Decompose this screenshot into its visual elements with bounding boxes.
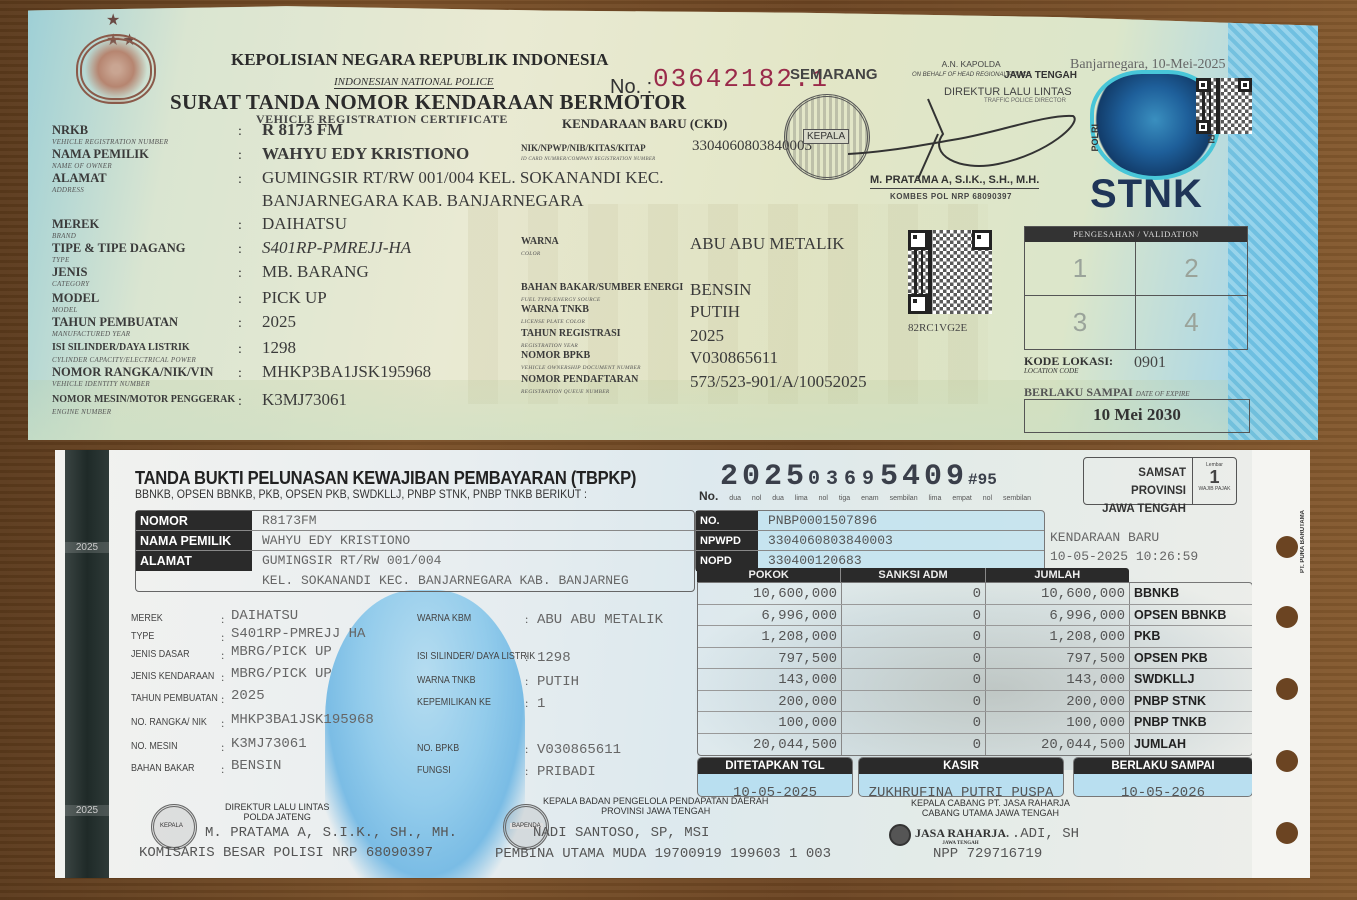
sanksi-cell: 0 (842, 583, 986, 604)
detail-label: MEREK (131, 612, 163, 624)
detail-value: MHKP3BA1JSK195968 (231, 712, 374, 728)
sanksi-cell: 0 (842, 691, 986, 712)
field-label: TAHUN REGISTRASIREGISTRATION YEAR (521, 328, 621, 352)
detail-value: MBRG/PICK UP (231, 666, 332, 682)
signatory-title: DIREKTUR LALU LINTAS POLDA JATENG (225, 802, 329, 822)
field-label: TIPE & TIPE DAGANGTYPE (52, 242, 185, 266)
vehicle-status: KENDARAAN BARU (CKD) (562, 116, 727, 132)
fee-row: 797,500 0 797,500 OPSEN PKB (698, 648, 1252, 670)
sanksi-cell: 0 (842, 712, 986, 733)
row-label: NOMOR REGISTRASI (136, 511, 252, 530)
samsat-line1: SAMSAT PROVINSI (1131, 467, 1186, 497)
police-emblem-icon (76, 34, 156, 104)
colon: : (238, 242, 242, 258)
field-label: NOMOR BPKBVEHICLE OWNERSHIP DOCUMENT NUM… (521, 350, 641, 374)
colon: : (238, 292, 242, 308)
field-value: K3MJ73061 (262, 390, 347, 410)
validation-grid: 1 2 3 4 (1025, 242, 1247, 349)
fee-row: 100,000 0 100,000 PNBP TNKB (698, 712, 1252, 734)
region-label: JAWA TENGAH (1004, 70, 1077, 81)
detail-label: WARNA TNKB (417, 674, 476, 686)
security-strip: 2025 2025 (65, 450, 109, 878)
position-label: DIREKTUR LALU LINTAS (944, 86, 1072, 98)
jumlah-cell: 6,996,000 (986, 605, 1130, 626)
detail-label: NO. MESIN (131, 740, 178, 752)
colon: : (525, 764, 528, 779)
perforation-hole (1276, 750, 1298, 772)
colon: : (238, 218, 242, 234)
jasa-raharja-label: JASA RAHARJAJAWA TENGAH (915, 826, 1006, 846)
fee-row: 1,208,000 0 1,208,000 PKB (698, 626, 1252, 648)
colon: : (221, 716, 224, 731)
field-value: BANJARNEGARA KAB. BANJARNEGARA (262, 191, 584, 211)
fee-row: 143,000 0 143,000 SWDKLLJ (698, 669, 1252, 691)
jumlah-cell: 20,044,500 (986, 734, 1130, 756)
fee-name: OPSEN BBNKB (1130, 605, 1252, 626)
field-label: MODELMODEL (52, 292, 99, 316)
row-value: PNBP0001507896 (758, 511, 1044, 530)
detail-label: TYPE (131, 630, 154, 642)
column-header: SANKSI ADM (841, 568, 985, 582)
position-label-en: TRAFFIC POLICE DIRECTOR (984, 98, 1066, 104)
location-code-value: 0901 (1134, 354, 1166, 372)
colon: : (221, 648, 224, 663)
pokok-cell: 6,996,000 (698, 605, 842, 626)
detail-value: 1 (537, 696, 545, 712)
fee-table-header: POKOK SANKSI ADM JUMLAH (697, 568, 1129, 582)
receipt-title: TANDA BUKTI PELUNASAN KEWAJIBAN PEMBAYAR… (135, 468, 636, 489)
signer-name: M. PRATAMA A, S.I.K., S.H., M.H. (870, 174, 1039, 189)
field-value: MB. BARANG (262, 262, 369, 282)
validation-box: PENGESAHAN / VALIDATION 1 2 3 4 (1024, 226, 1248, 350)
colon: : (525, 742, 528, 757)
colon: : (238, 172, 242, 188)
signature-icon (848, 94, 1078, 184)
registration-table: NOMOR REGISTRASIR8173FM NAMA PEMILIKWAHY… (135, 510, 695, 592)
jumlah-cell: 10,600,000 (986, 583, 1130, 604)
detail-value: V030865611 (537, 742, 621, 758)
jumlah-cell: 797,500 (986, 648, 1130, 669)
sanksi-cell: 0 (842, 669, 986, 690)
detail-label: JENIS KENDARAAN (131, 670, 214, 682)
validation-cell: 2 (1136, 242, 1247, 296)
detail-label: NO. RANGKA/ NIK (131, 716, 207, 728)
fee-table: 10,600,000 0 10,600,000 BBNKB 6,996,000 … (697, 582, 1253, 756)
fee-row: 200,000 0 200,000 PNBP STNK (698, 691, 1252, 713)
validation-cell: 1 (1025, 242, 1136, 296)
table-row: NO. TBPKPPNBP0001507896 (696, 511, 1044, 531)
detail-value: S401RP-PMREJJ HA (231, 626, 365, 642)
field-label: NOMOR MESIN/MOTOR PENGGERAKENGINE NUMBER (52, 394, 235, 418)
signatory-title: KEPALA CABANG PT. JASA RAHARJA CABANG UT… (911, 798, 1070, 818)
field-value: PICK UP (262, 288, 327, 308)
pokok-cell: 200,000 (698, 691, 842, 712)
perforation-hole (1276, 536, 1298, 558)
colon: : (238, 342, 242, 358)
sheet-number: Lembar1WAJIB PAJAK (1192, 458, 1236, 504)
strip-year: 2025 (65, 542, 109, 553)
jumlah-cell: 200,000 (986, 691, 1130, 712)
detail-value: K3MJ73061 (231, 736, 307, 752)
jasa-raharja-logo-icon (889, 824, 911, 846)
agency-name: KEPOLISIAN NEGARA REPUBLIK INDONESIA (231, 50, 608, 70)
serial-label: No. : (610, 76, 652, 99)
detail-label: JENIS DASAR (131, 648, 190, 660)
detail-value: PRIBADI (537, 764, 596, 780)
fee-name: SWDKLLJ (1130, 669, 1252, 690)
column-header: JUMLAH (986, 568, 1129, 582)
row-value: GUMINGSIR RT/RW 001/004 KEL. SOKANANDI K… (252, 551, 694, 591)
field-label: ISI SILINDER/DAYA LISTRIKCYLINDER CAPACI… (52, 342, 196, 366)
expiry-date: 10 Mei 2030 (1024, 399, 1250, 433)
signatory-id: KOMISARIS BESAR POLISI NRP 68090397 (139, 845, 433, 861)
row-label: NPWPD (696, 531, 758, 550)
field-label: BAHAN BAKAR/SUMBER ENERGIFUEL TYPE/ENERG… (521, 282, 683, 306)
field-label: NOMOR PENDAFTARANREGISTRATION QUEUE NUMB… (521, 374, 638, 398)
field-value: ABU ABU METALIK (690, 234, 844, 254)
security-pattern-edge (1228, 4, 1318, 440)
cashier-box: KASIRZUKHRUFINA PUTRI PUSPA (858, 757, 1064, 797)
ids-table: NO. TBPKPPNBP0001507896 NPWPD33040608038… (695, 510, 1045, 572)
field-label: JENISCATEGORY (52, 266, 89, 290)
sanksi-cell: 0 (842, 626, 986, 647)
field-value: BENSIN (690, 280, 751, 300)
colon: : (238, 316, 242, 332)
location-code-label: KODE LOKASI:LOCATION CODE (1024, 356, 1113, 376)
jumlah-cell: 1,208,000 (986, 626, 1130, 647)
samsat-line2: JAWA TENGAH (1102, 503, 1186, 515)
detail-value: MBRG/PICK UP (231, 644, 332, 660)
signatory-id: PEMBINA UTAMA MUDA 19700919 199603 1 003 (495, 846, 831, 862)
colon: : (238, 394, 242, 410)
detail-label: WARNA KBM (417, 612, 471, 624)
sanksi-cell: 0 (842, 648, 986, 669)
validation-cell: 4 (1136, 296, 1247, 350)
field-value: V030865611 (690, 348, 778, 368)
table-row: NOMOR REGISTRASIR8173FM (136, 511, 694, 531)
jumlah-cell: 100,000 (986, 712, 1130, 733)
receipt-number-words: No. dua nol dua lima nol tiga enam sembi… (699, 489, 1031, 503)
detail-label: BAHAN BAKAR (131, 762, 194, 774)
table-row: NPWPD3304060803840003 (696, 531, 1044, 551)
pokok-cell: 797,500 (698, 648, 842, 669)
field-value: MHKP3BA1JSK195968 (262, 362, 431, 382)
vehicle-status: KENDARAAN BARU (1050, 530, 1159, 545)
stamp-icon: KEPALA (151, 804, 197, 850)
timestamp: 10-05-2025 10:26:59 (1050, 549, 1198, 564)
detail-value: DAIHATSU (231, 608, 298, 624)
fee-name: OPSEN PKB (1130, 648, 1252, 669)
detail-label: ISI SILINDER/ DAYA LISTRIK (417, 650, 535, 662)
detail-label: FUNGSI (417, 764, 451, 776)
agency-name-en: INDONESIAN NATIONAL POLICE (334, 76, 494, 89)
strip-year: 2025 (65, 805, 109, 816)
detail-value: 2025 (231, 688, 265, 704)
colon: : (238, 366, 242, 382)
table-row: ALAMATGUMINGSIR RT/RW 001/004 KEL. SOKAN… (136, 551, 694, 591)
perforation-hole (1276, 822, 1298, 844)
field-value: S401RP-PMREJJ-HA (262, 238, 411, 258)
signatory-title: KEPALA BADAN PENGELOLA PENDAPATAN DAERAH… (543, 796, 768, 816)
colon: : (525, 696, 528, 711)
field-label: MEREKBRAND (52, 218, 99, 242)
colon: : (221, 762, 224, 777)
colon: : (221, 630, 224, 645)
qr-code-icon (1196, 78, 1252, 134)
qr-code-icon (908, 230, 992, 314)
row-value: WAHYU EDY KRISTIONO (252, 531, 694, 550)
stnk-certificate: ★★★ KEPOLISIAN NEGARA REPUBLIK INDONESIA… (28, 4, 1318, 440)
fee-name: JUMLAH (1130, 734, 1252, 756)
fee-row: 6,996,000 0 6,996,000 OPSEN BBNKB (698, 605, 1252, 627)
fee-name: PNBP STNK (1130, 691, 1252, 712)
fee-row: 20,044,500 0 20,044,500 JUMLAH (698, 734, 1252, 756)
field-value: 1298 (262, 338, 296, 358)
fee-name: PNBP TNKB (1130, 712, 1252, 733)
row-label: NO. TBPKP (696, 511, 758, 530)
polri-label: POLRI (1090, 124, 1100, 152)
city-label: SEMARANG (790, 66, 878, 83)
colon: : (238, 148, 242, 164)
row-value: 3304060803840003 (758, 531, 1044, 550)
row-label: NAMA PEMILIK (136, 531, 252, 550)
field-label: WARNACOLOR (521, 236, 559, 260)
validation-title: PENGESAHAN / VALIDATION (1025, 227, 1247, 242)
field-label: NAMA PEMILIKNAME OF OWNER (52, 148, 149, 172)
fee-name: PKB (1130, 626, 1252, 647)
field-value: 2025 (262, 312, 296, 332)
field-value: WAHYU EDY KRISTIONO (262, 144, 469, 164)
perforated-edge: PT. PURA BARUTAMA (1252, 450, 1310, 878)
validation-cell: 3 (1025, 296, 1136, 350)
column-header: POKOK (697, 568, 841, 582)
pokok-cell: 1,208,000 (698, 626, 842, 647)
printer-label: PT. PURA BARUTAMA (1300, 510, 1306, 573)
pokok-cell: 100,000 (698, 712, 842, 733)
signatory-name: NADI SANTOSO, SP, MSI (533, 825, 709, 841)
stnk-logo-text: STNK (1090, 172, 1203, 217)
field-label: ALAMATADDRESS (52, 172, 107, 196)
row-label: ALAMAT (136, 551, 252, 571)
field-value: GUMINGSIR RT/RW 001/004 KEL. SOKANANDI K… (262, 168, 663, 188)
qr-code-text: 82RC1VG2E (908, 322, 967, 334)
colon: : (238, 266, 242, 282)
pokok-cell: 10,600,000 (698, 583, 842, 604)
detail-value: ABU ABU METALIK (537, 612, 663, 628)
issued-date-box: DITETAPKAN TGL10-05-2025 (697, 757, 853, 797)
samsat-box: SAMSAT PROVINSIJAWA TENGAH Lembar1WAJIB … (1083, 457, 1237, 505)
receipt-subtitle: BBNKB, OPSEN BBNKB, PKB, OPSEN PKB, SWDK… (135, 489, 587, 501)
tbpkp-receipt: 2025 2025 TANDA BUKTI PELUNASAN KEWAJIBA… (55, 450, 1310, 878)
field-label: NRKBVEHICLE REGISTRATION NUMBER (52, 124, 168, 148)
colon: : (525, 650, 528, 665)
valid-until-box: BERLAKU SAMPAI10-05-2026 (1073, 757, 1253, 797)
pokok-cell: 143,000 (698, 669, 842, 690)
sanksi-cell: 0 (842, 734, 986, 756)
colon: : (221, 692, 224, 707)
detail-value: PUTIH (537, 674, 579, 690)
field-value: PUTIH (690, 302, 740, 322)
signatory-id: NPP 729716719 (933, 846, 1042, 862)
table-row: NAMA PEMILIKWAHYU EDY KRISTIONO (136, 531, 694, 551)
signer-rank-nrp: KOMBES POL NRP 68090397 (890, 192, 1012, 201)
signatory-name: M. PRATAMA A, S.I.K., SH., MH. (205, 825, 457, 841)
field-label: TAHUN PEMBUATANMANUFACTURED YEAR (52, 316, 178, 340)
nik-label: NIK/NPWP/NIB/KITAS/KITAPID CARD NUMBER/C… (521, 142, 656, 166)
detail-label: KEPEMILIKAN KE (417, 696, 491, 708)
perforation-hole (1276, 678, 1298, 700)
detail-label: NO. BPKB (417, 742, 459, 754)
field-value: R 8173 FM (262, 120, 343, 140)
jumlah-cell: 143,000 (986, 669, 1130, 690)
field-value: DAIHATSU (262, 214, 347, 234)
field-label: WARNA TNKBLICENSE PLATE COLOR (521, 304, 589, 328)
colon: : (525, 612, 528, 627)
pokok-cell: 20,044,500 (698, 734, 842, 756)
field-value: 2025 (690, 326, 724, 346)
status-timestamp: KENDARAAN BARU10-05-2025 10:26:59 (1050, 528, 1198, 566)
detail-value: 1298 (537, 650, 571, 666)
detail-value: BENSIN (231, 758, 281, 774)
colon: : (221, 612, 224, 627)
colon: : (238, 124, 242, 140)
field-value: 573/523-901/A/10052025 (690, 372, 867, 392)
row-value: R8173FM (252, 511, 694, 530)
colon: : (221, 670, 224, 685)
colon: : (525, 674, 528, 689)
fee-row: 10,600,000 0 10,600,000 BBNKB (698, 583, 1252, 605)
expiry-label: BERLAKU SAMPAI DATE OF EXPIRE (1024, 385, 1190, 400)
field-label: NOMOR RANGKA/NIK/VINVEHICLE IDENTITY NUM… (52, 366, 213, 390)
detail-label: TAHUN PEMBUATAN (131, 692, 218, 704)
perforation-hole (1276, 606, 1298, 628)
fee-name: BBNKB (1130, 583, 1252, 604)
signatory-name: ...ADI, SH (995, 826, 1079, 842)
colon: : (221, 740, 224, 755)
sanksi-cell: 0 (842, 605, 986, 626)
